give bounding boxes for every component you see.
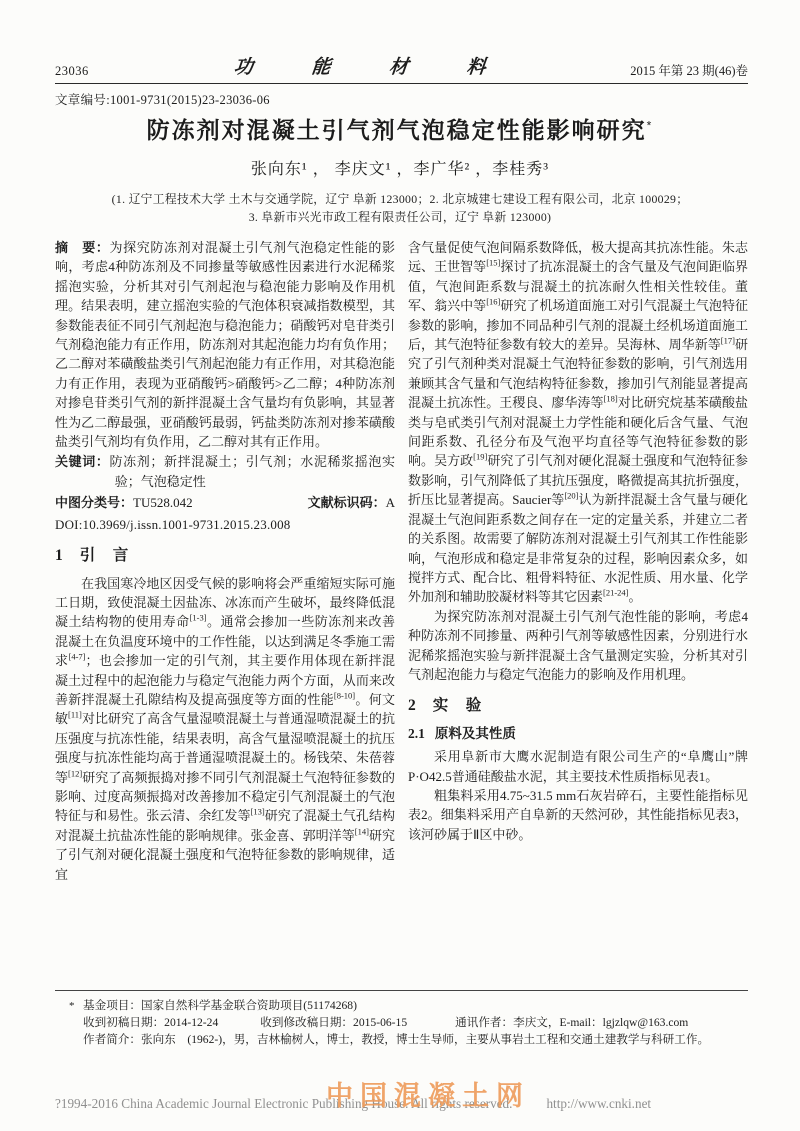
affiliation-line-2: 3. 阜新市兴光市政工程有限责任公司，辽宁 阜新 123000) [0,208,800,225]
paper-title-text: 防冻剂对混凝土引气剂气泡稳定性能影响研究 [147,117,647,143]
issue-info: 2015 年第 23 期(46)卷 [630,61,748,79]
subsection-title: 原料及其性质 [435,726,516,741]
affiliation-line-1: (1. 辽宁工程技术大学 土木与交通学院，辽宁 阜新 123000；2. 北京城… [0,190,800,207]
page-code: 23036 [55,64,89,79]
paper-title: 防冻剂对混凝土引气剂气泡稳定性能影响研究* [0,112,800,145]
section-number: 1 [55,547,64,564]
footnote-marker: * [69,998,75,1015]
abstract-paragraph: 摘 要：为探究防冻剂对混凝土引气剂气泡稳定性能的影响，考虑4种防冻剂及不同掺量等… [55,238,395,451]
subsection-heading-materials: 2.1原料及其性质 [408,724,748,743]
authors-line: 张向东¹ ， 李庆文¹ ，李广华² ，李桂秀³ [0,156,800,179]
footnote-rule [55,990,748,991]
keywords-label: 关键词： [55,454,110,469]
keywords-paragraph: 关键词：防冻剂；新拌混凝土；引气剂；水泥稀浆摇泡实验；气泡稳定性 [55,452,395,491]
footnote-block: * 基金项目：国家自然科学基金联合资助项目(51174268) 收到初稿日期：2… [55,990,755,1048]
objective-paragraph: 为探究防冻剂对混凝土引气剂气泡性能的影响，考虑4种防冻剂不同掺量、两种引气剂等敏… [408,607,748,685]
body-columns: 摘 要：为探究防冻剂对混凝土引气剂气泡稳定性能的影响，考虑4种防冻剂及不同掺量等… [55,238,748,884]
left-column: 摘 要：为探究防冻剂对混凝土引气剂气泡稳定性能的影响，考虑4种防冻剂及不同掺量等… [55,238,395,884]
section-heading-experiment: 2实 验 [408,696,748,715]
keywords-text: 防冻剂；新拌混凝土；引气剂；水泥稀浆摇泡实验；气泡稳定性 [110,454,395,488]
journal-header: 23036 功 能 材 料 2015 年第 23 期(46)卷 文章编号:100… [55,52,748,108]
section-heading-intro: 1引 言 [55,546,395,565]
revised-date: 收到修改稿日期：2015-06-15 [260,1014,407,1031]
section-title: 实 验 [433,697,483,714]
clc-label: 中图分类号： [55,495,133,510]
doi-line: DOI:10.3969/j.issn.1001-9731.2015.23.008 [55,515,395,534]
section-number: 2 [408,697,417,714]
author-bio-line: 作者简介：张向东 (1962-)，男，吉林榆树人，博士，教授，博士生导师，主要从… [55,1031,755,1048]
doc-code-pair: 文献标识码：A [308,493,395,512]
cnki-url: http://www.cnki.net [546,1096,651,1112]
journal-name: 功 能 材 料 [206,52,513,79]
corresponding-author: 通讯作者：李庆文，E-mail：lgjzlqw@163.com [455,1014,688,1031]
abstract-label: 摘 要： [55,240,110,255]
clc-value: TU528.042 [133,495,193,510]
intro-paragraph: 在我国寒冷地区因受气候的影响将会严重缩短实际可施工日期，致使混凝土因盐冻、冰冻而… [55,574,395,885]
journal-page: 23036 功 能 材 料 2015 年第 23 期(46)卷 文章编号:100… [0,0,800,1131]
watermark: 中国混凝土网 [326,1074,530,1113]
doc-code-label: 文献标识码： [308,495,386,510]
section-title: 引 言 [80,547,130,564]
fund-line: 基金项目：国家自然科学基金联合资助项目(51174268) [55,997,755,1014]
article-number: 文章编号:1001-9731(2015)23-23036-06 [55,90,748,108]
clc-pair: 中图分类号：TU528.042 [55,493,193,512]
classification-row: 中图分类号：TU528.042 文献标识码：A [55,493,395,512]
aggregate-paragraph: 粗集料采用4.75~31.5 mm石灰岩碎石，主要性能指标见表2。细集料采用产自… [408,786,748,844]
doc-code-value: A [386,495,395,510]
received-date: 收到初稿日期：2014-12-24 [83,1014,218,1031]
continuation-paragraph: 含气量促使气泡间隔系数降低，极大提高其抗冻性能。朱志远、王世智等[15]探讨了抗… [408,238,748,607]
abstract-text: 为探究防冻剂对混凝土引气剂气泡稳定性能的影响，考虑4种防冻剂及不同掺量等敏感性因… [55,240,395,449]
right-column: 含气量促使气泡间隔系数降低，极大提高其抗冻性能。朱志远、王世智等[15]探讨了抗… [408,238,748,884]
dates-line: 收到初稿日期：2014-12-24 收到修改稿日期：2015-06-15 通讯作… [55,1014,755,1031]
subsection-number: 2.1 [408,726,425,741]
title-footnote-marker: * [647,118,654,132]
cement-paragraph: 采用阜新市大鹰水泥制造有限公司生产的“阜鹰山”牌P·O42.5普通硅酸盐水泥，其… [408,747,748,786]
